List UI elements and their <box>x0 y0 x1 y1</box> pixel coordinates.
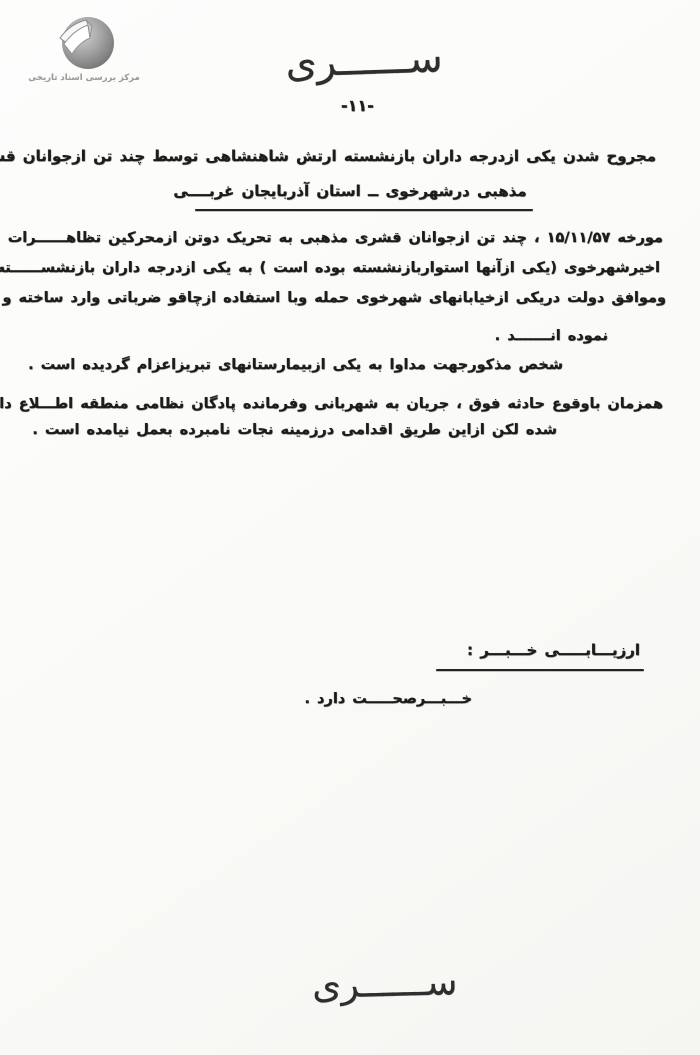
evaluation-heading: ارزیـــابـــــی خـــبـــر : <box>467 641 640 659</box>
document-title-line-2: مذهبی درشهرخوی ــ استان آذربایجان غربـــ… <box>173 182 526 200</box>
classification-footer: ســــــری <box>311 960 457 1007</box>
paragraph-1-line-4: نموده انـــــــد . <box>495 328 608 344</box>
scanned-document-page: مرکز بررسی اسناد تاریخی ســــــری -۱۱- م… <box>0 0 700 1055</box>
classification-header: ســــــری <box>285 35 444 86</box>
paragraph-1-line-2: اخیرشهرخوی (یکی ازآنها استواربازنشسته بو… <box>0 260 660 276</box>
logo-caption: مرکز بررسی اسناد تاریخی <box>28 73 140 83</box>
book-globe-icon <box>28 14 140 72</box>
document-title-line-1: مجروح شدن یکی ازدرجه داران بازنشسته ارتش… <box>0 147 656 165</box>
title-underline <box>195 209 533 211</box>
paragraph-1-line-1: مورخه ۱۵/۱۱/۵۷ ، چند تن ازجوانان قشری مذ… <box>8 230 663 246</box>
evaluation-verdict: خـــبـــرصحـــــت دارد . <box>304 691 472 707</box>
paragraph-3-line-1: همزمان باوقوع حادثه فوق ، جریان به شهربا… <box>0 396 663 412</box>
paragraph-1-line-3: وموافق دولت دریکی ازخیابانهای شهرخوی حمل… <box>0 290 666 306</box>
paragraph-3-line-2: شده لکن ازاین طریق اقدامی درزمینه نجات ن… <box>32 422 557 438</box>
archive-logo: مرکز بررسی اسناد تاریخی <box>28 14 140 83</box>
evaluation-underline <box>436 669 644 671</box>
paragraph-2: شخص مذکورجهت مداوا به یکی ازبیمارستانهای… <box>28 357 563 373</box>
page-number: -۱۱- <box>341 96 374 115</box>
